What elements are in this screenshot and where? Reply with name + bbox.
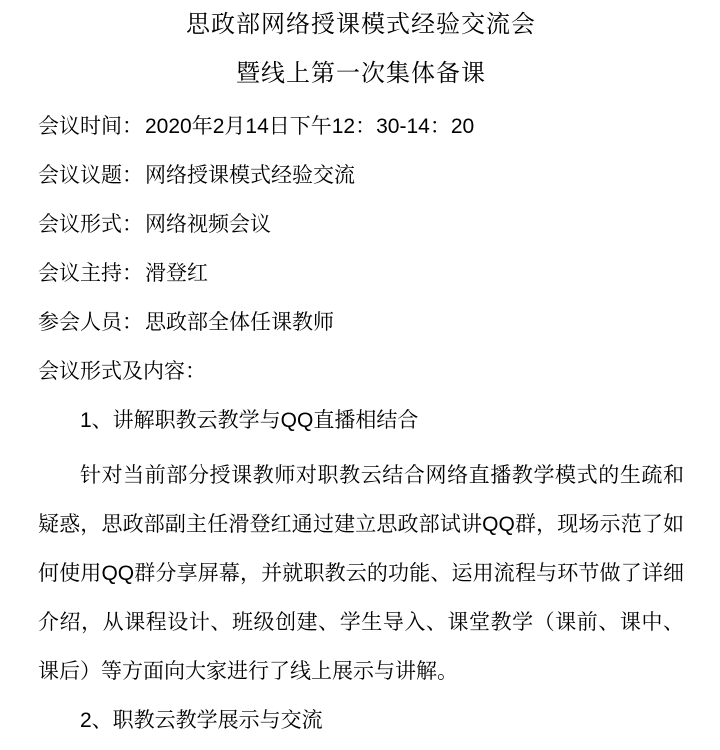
document-title-line2: 暨线上第一次集体备课: [38, 49, 684, 98]
meeting-time-value: 2020年2月14日下午12：30-14：20: [145, 115, 474, 138]
meta-line-meeting-topic: 会议议题：网络授课模式经验交流: [38, 151, 684, 200]
item-1-paragraph: 针对当前部分授课教师对职教云结合网络直播教学模式的生疏和疑惑，思政部副主任滑登红…: [38, 451, 684, 696]
meeting-attendees-value: 思政部全体任课教师: [145, 311, 334, 334]
meeting-topic-value: 网络授课模式经验交流: [145, 164, 355, 187]
document-page: 思政部网络授课模式经验交流会 暨线上第一次集体备课 会议时间：2020年2月14…: [0, 0, 720, 750]
meta-line-meeting-host: 会议主持：滑登红: [38, 249, 684, 298]
meeting-time-label: 会议时间：: [38, 115, 143, 138]
meta-line-meeting-format: 会议形式：网络视频会议: [38, 200, 684, 249]
meta-line-meeting-attendees: 参会人员：思政部全体任课教师: [38, 298, 684, 347]
meta-line-meeting-time: 会议时间：2020年2月14日下午12：30-14：20: [38, 102, 684, 151]
meeting-format-label: 会议形式：: [38, 213, 143, 236]
meeting-topic-label: 会议议题：: [38, 164, 143, 187]
meeting-attendees-label: 参会人员：: [38, 311, 143, 334]
item-1-heading: 1、讲解职教云教学与QQ直播相结合: [38, 396, 684, 445]
meeting-host-value: 滑登红: [145, 262, 208, 285]
section-heading-format-and-content: 会议形式及内容：: [38, 347, 684, 396]
item-2-heading: 2、职教云教学展示与交流: [38, 696, 684, 745]
meeting-format-value: 网络视频会议: [145, 213, 271, 236]
meeting-host-label: 会议主持：: [38, 262, 143, 285]
document-title: 思政部网络授课模式经验交流会 暨线上第一次集体备课: [38, 0, 684, 98]
document-title-line1: 思政部网络授课模式经验交流会: [38, 0, 684, 49]
